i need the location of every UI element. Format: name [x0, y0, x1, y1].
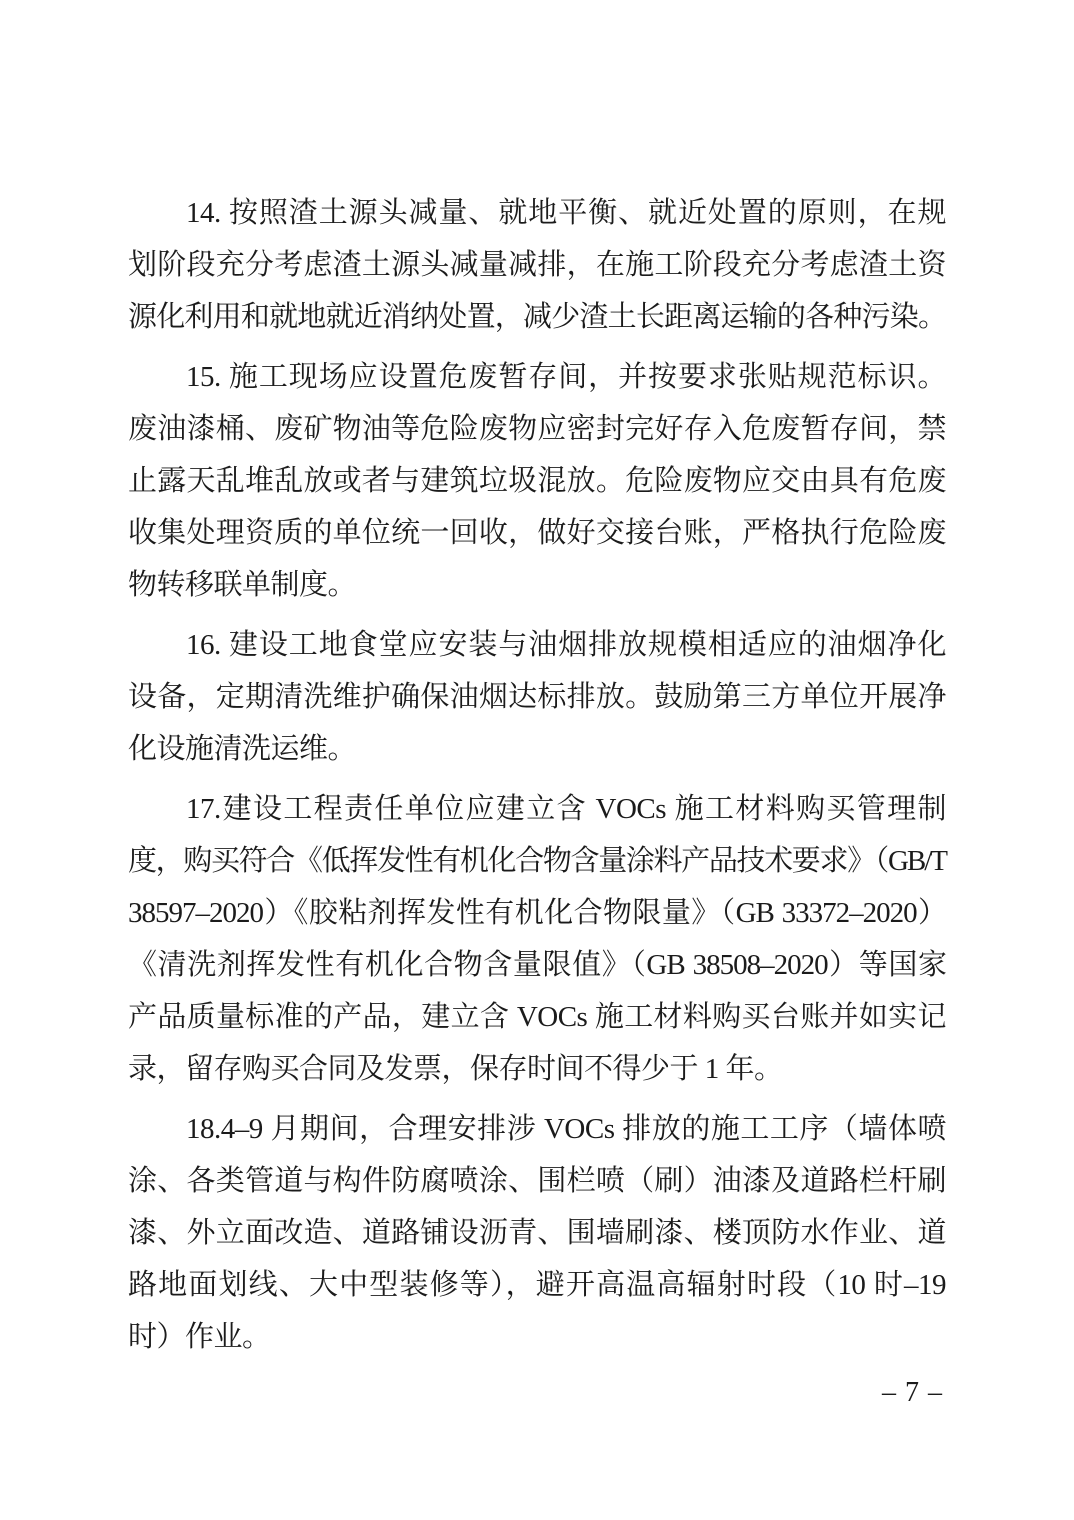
- paragraph-16-line-1: 16. 建设工地食堂应安装与油烟排放规模相适应的油烟净化: [128, 619, 946, 671]
- paragraph-18: 18.4–9 月期间，合理安排涉 VOCs 排放的施工工序（墙体喷 涂、各类管道…: [128, 1103, 946, 1363]
- paragraph-17-line-1: 17.建设工程责任单位应建立含 VOCs 施工材料购买管理制: [128, 783, 946, 835]
- paragraph-16-line-3: 化设施清洗运维。: [128, 723, 946, 775]
- paragraph-18-line-1: 18.4–9 月期间，合理安排涉 VOCs 排放的施工工序（墙体喷: [128, 1103, 946, 1155]
- document-text-block: 14. 按照渣土源头减量、就地平衡、就近处置的原则，在规 划阶段充分考虑渣土源头…: [128, 187, 946, 1363]
- page-number: – 7 –: [882, 1378, 943, 1408]
- paragraph-18-line-5: 时）作业。: [128, 1311, 946, 1363]
- paragraph-15-line-1: 15. 施工现场应设置危废暂存间，并按要求张贴规范标识。: [128, 351, 946, 403]
- paragraph-17-line-2: 度，购买符合《低挥发性有机化合物含量涂料产品技术要求》（GB/T: [128, 835, 946, 887]
- paragraph-18-line-3: 漆、外立面改造、道路铺设沥青、围墙刷漆、楼顶防水作业、道: [128, 1207, 946, 1259]
- paragraph-17-line-6: 录，留存购买合同及发票，保存时间不得少于 1 年。: [128, 1043, 946, 1095]
- paragraph-17: 17.建设工程责任单位应建立含 VOCs 施工材料购买管理制 度，购买符合《低挥…: [128, 783, 946, 1095]
- paragraph-17-line-5: 产品质量标准的产品，建立含 VOCs 施工材料购买台账并如实记: [128, 991, 946, 1043]
- paragraph-16: 16. 建设工地食堂应安装与油烟排放规模相适应的油烟净化 设备，定期清洗维护确保…: [128, 619, 946, 775]
- paragraph-15-line-4: 收集处理资质的单位统一回收，做好交接台账，严格执行危险废: [128, 507, 946, 559]
- paragraph-15: 15. 施工现场应设置危废暂存间，并按要求张贴规范标识。 废油漆桶、废矿物油等危…: [128, 351, 946, 611]
- document-page: 14. 按照渣土源头减量、就地平衡、就近处置的原则，在规 划阶段充分考虑渣土源头…: [0, 0, 1074, 1520]
- paragraph-18-line-2: 涂、各类管道与构件防腐喷涂、围栏喷（刷）油漆及道路栏杆刷: [128, 1155, 946, 1207]
- paragraph-15-line-5: 物转移联单制度。: [128, 559, 946, 611]
- paragraph-14-line-2: 划阶段充分考虑渣土源头减量减排，在施工阶段充分考虑渣土资: [128, 239, 946, 291]
- paragraph-14-line-1: 14. 按照渣土源头减量、就地平衡、就近处置的原则，在规: [128, 187, 946, 239]
- paragraph-14: 14. 按照渣土源头减量、就地平衡、就近处置的原则，在规 划阶段充分考虑渣土源头…: [128, 187, 946, 343]
- paragraph-15-line-2: 废油漆桶、废矿物油等危险废物应密封完好存入危废暂存间，禁: [128, 403, 946, 455]
- paragraph-14-line-3: 源化利用和就地就近消纳处置，减少渣土长距离运输的各种污染。: [128, 291, 946, 343]
- paragraph-16-line-2: 设备，定期清洗维护确保油烟达标排放。鼓励第三方单位开展净: [128, 671, 946, 723]
- paragraph-17-line-3: 38597–2020）《胶粘剂挥发性有机化合物限量》（GB 33372–2020…: [128, 887, 946, 939]
- paragraph-15-line-3: 止露天乱堆乱放或者与建筑垃圾混放。危险废物应交由具有危废: [128, 455, 946, 507]
- paragraph-18-line-4: 路地面划线、大中型装修等），避开高温高辐射时段（10 时–19: [128, 1259, 946, 1311]
- paragraph-17-line-4: 《清洗剂挥发性有机化合物含量限值》（GB 38508–2020）等国家: [128, 939, 946, 991]
